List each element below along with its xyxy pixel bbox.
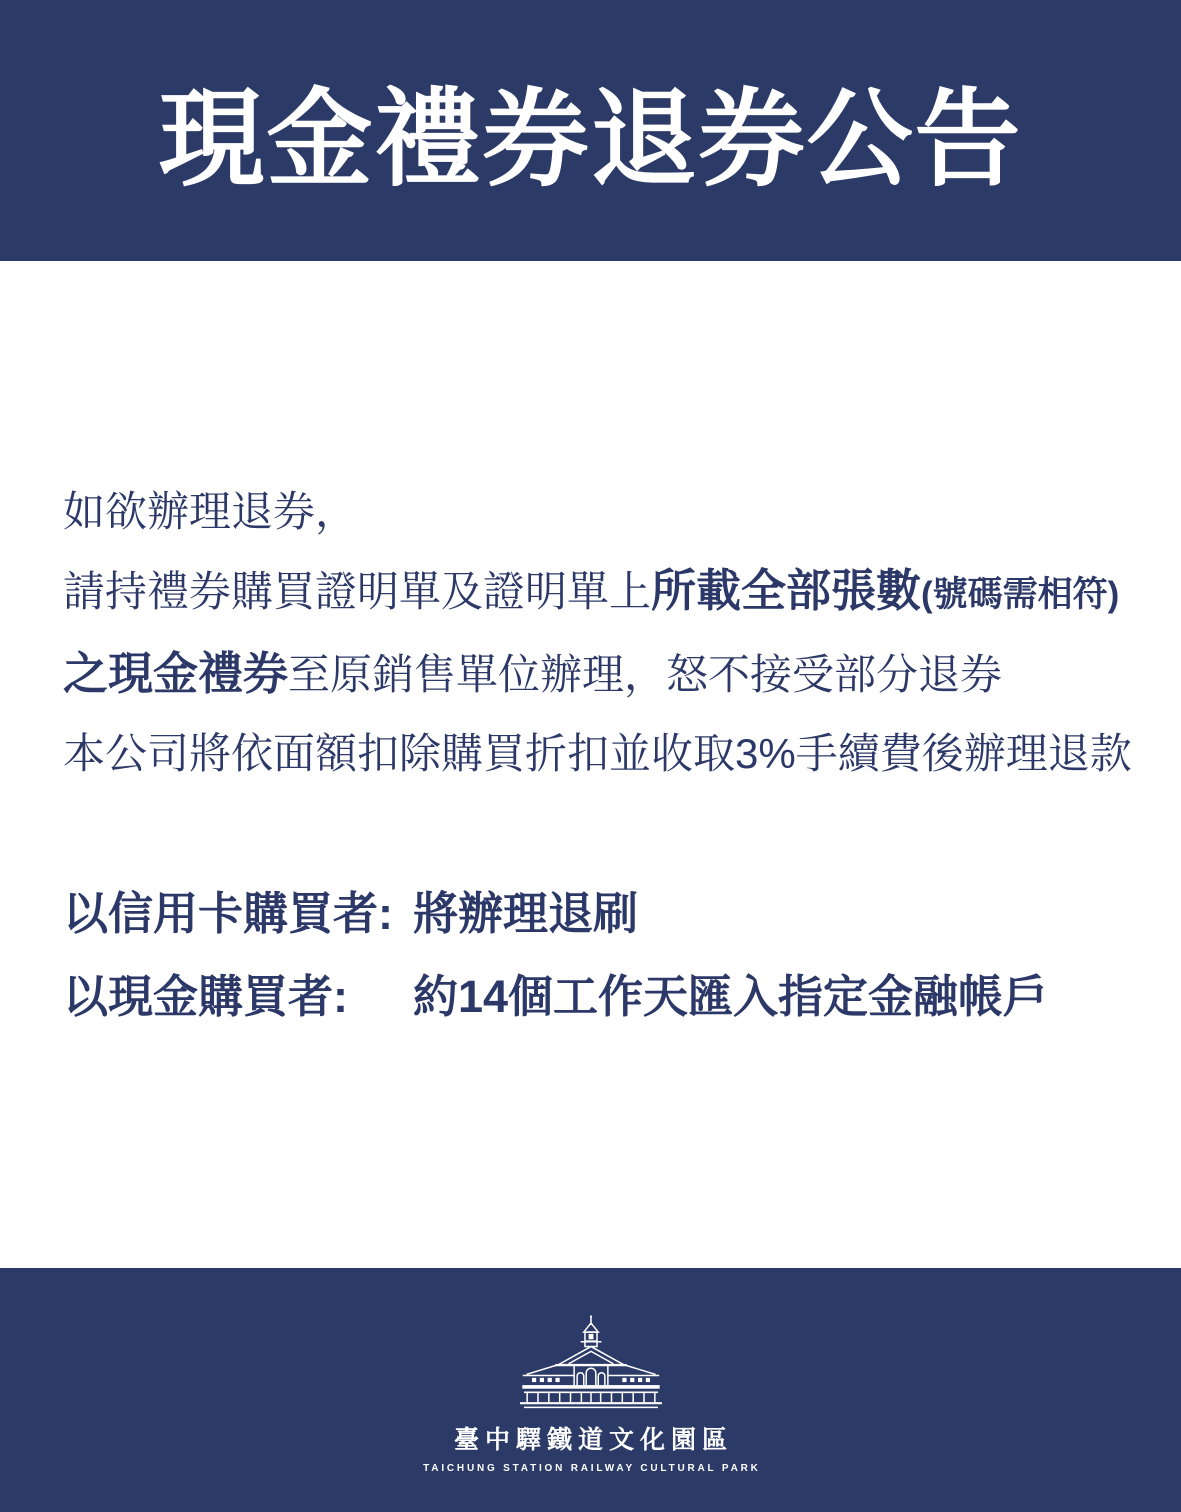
credit-card-value: 將辦理退刷	[413, 874, 638, 953]
refund-notice-poster: 現金禮券退券公告 如欲辦理退券， 請持禮券購買證明單及證明單上所載全部張數(號碼…	[0, 0, 1181, 1512]
intro-text: 如欲辦理退券，	[63, 488, 357, 535]
page-title: 現金禮券退券公告	[159, 55, 1023, 207]
requirement-bold: 所載全部張數	[651, 565, 921, 616]
requirement-paren: (號碼需相符)	[921, 575, 1119, 614]
org-name-en: TAICHUNG STATION RAILWAY CULTURAL PARK	[420, 1463, 760, 1474]
fee-text: 本公司將依面額扣除購買折扣並收取3%手續費後辦理退款	[63, 730, 1132, 777]
notice-intro-line: 如欲辦理退券，	[63, 472, 1151, 551]
cash-row: 以現金購買者: 約14個工作天匯入指定金融帳戶	[63, 957, 1151, 1036]
scope-bold: 之現金禮券	[63, 648, 288, 699]
credit-card-row: 以信用卡購買者: 將辦理退刷	[63, 874, 1151, 953]
scope-regular: 至原銷售單位辦理，怒不接受部分退券	[288, 651, 1002, 698]
station-building-icon	[471, 1314, 711, 1414]
notice-body: 如欲辦理退券， 請持禮券購買證明單及證明單上所載全部張數(號碼需相符) 之現金禮…	[63, 472, 1151, 1036]
notice-requirement-line: 請持禮券購買證明單及證明單上所載全部張數(號碼需相符)	[63, 551, 1151, 634]
notice-fee-line: 本公司將依面額扣除購買折扣並收取3%手續費後辦理退款	[63, 714, 1151, 793]
requirement-regular: 請持禮券購買證明單及證明單上	[63, 568, 651, 615]
cash-value: 約14個工作天匯入指定金融帳戶	[413, 957, 1048, 1036]
header-banner: 現金禮券退券公告	[0, 0, 1181, 261]
org-name-zh: 臺中驛鐵道文化園區	[448, 1420, 733, 1456]
credit-card-label: 以信用卡購買者:	[63, 874, 413, 953]
footer-banner: 臺中驛鐵道文化園區 TAICHUNG STATION RAILWAY CULTU…	[0, 1268, 1181, 1512]
notice-scope-line: 之現金禮券至原銷售單位辦理，怒不接受部分退券	[63, 634, 1151, 714]
cash-label: 以現金購買者:	[63, 957, 413, 1036]
